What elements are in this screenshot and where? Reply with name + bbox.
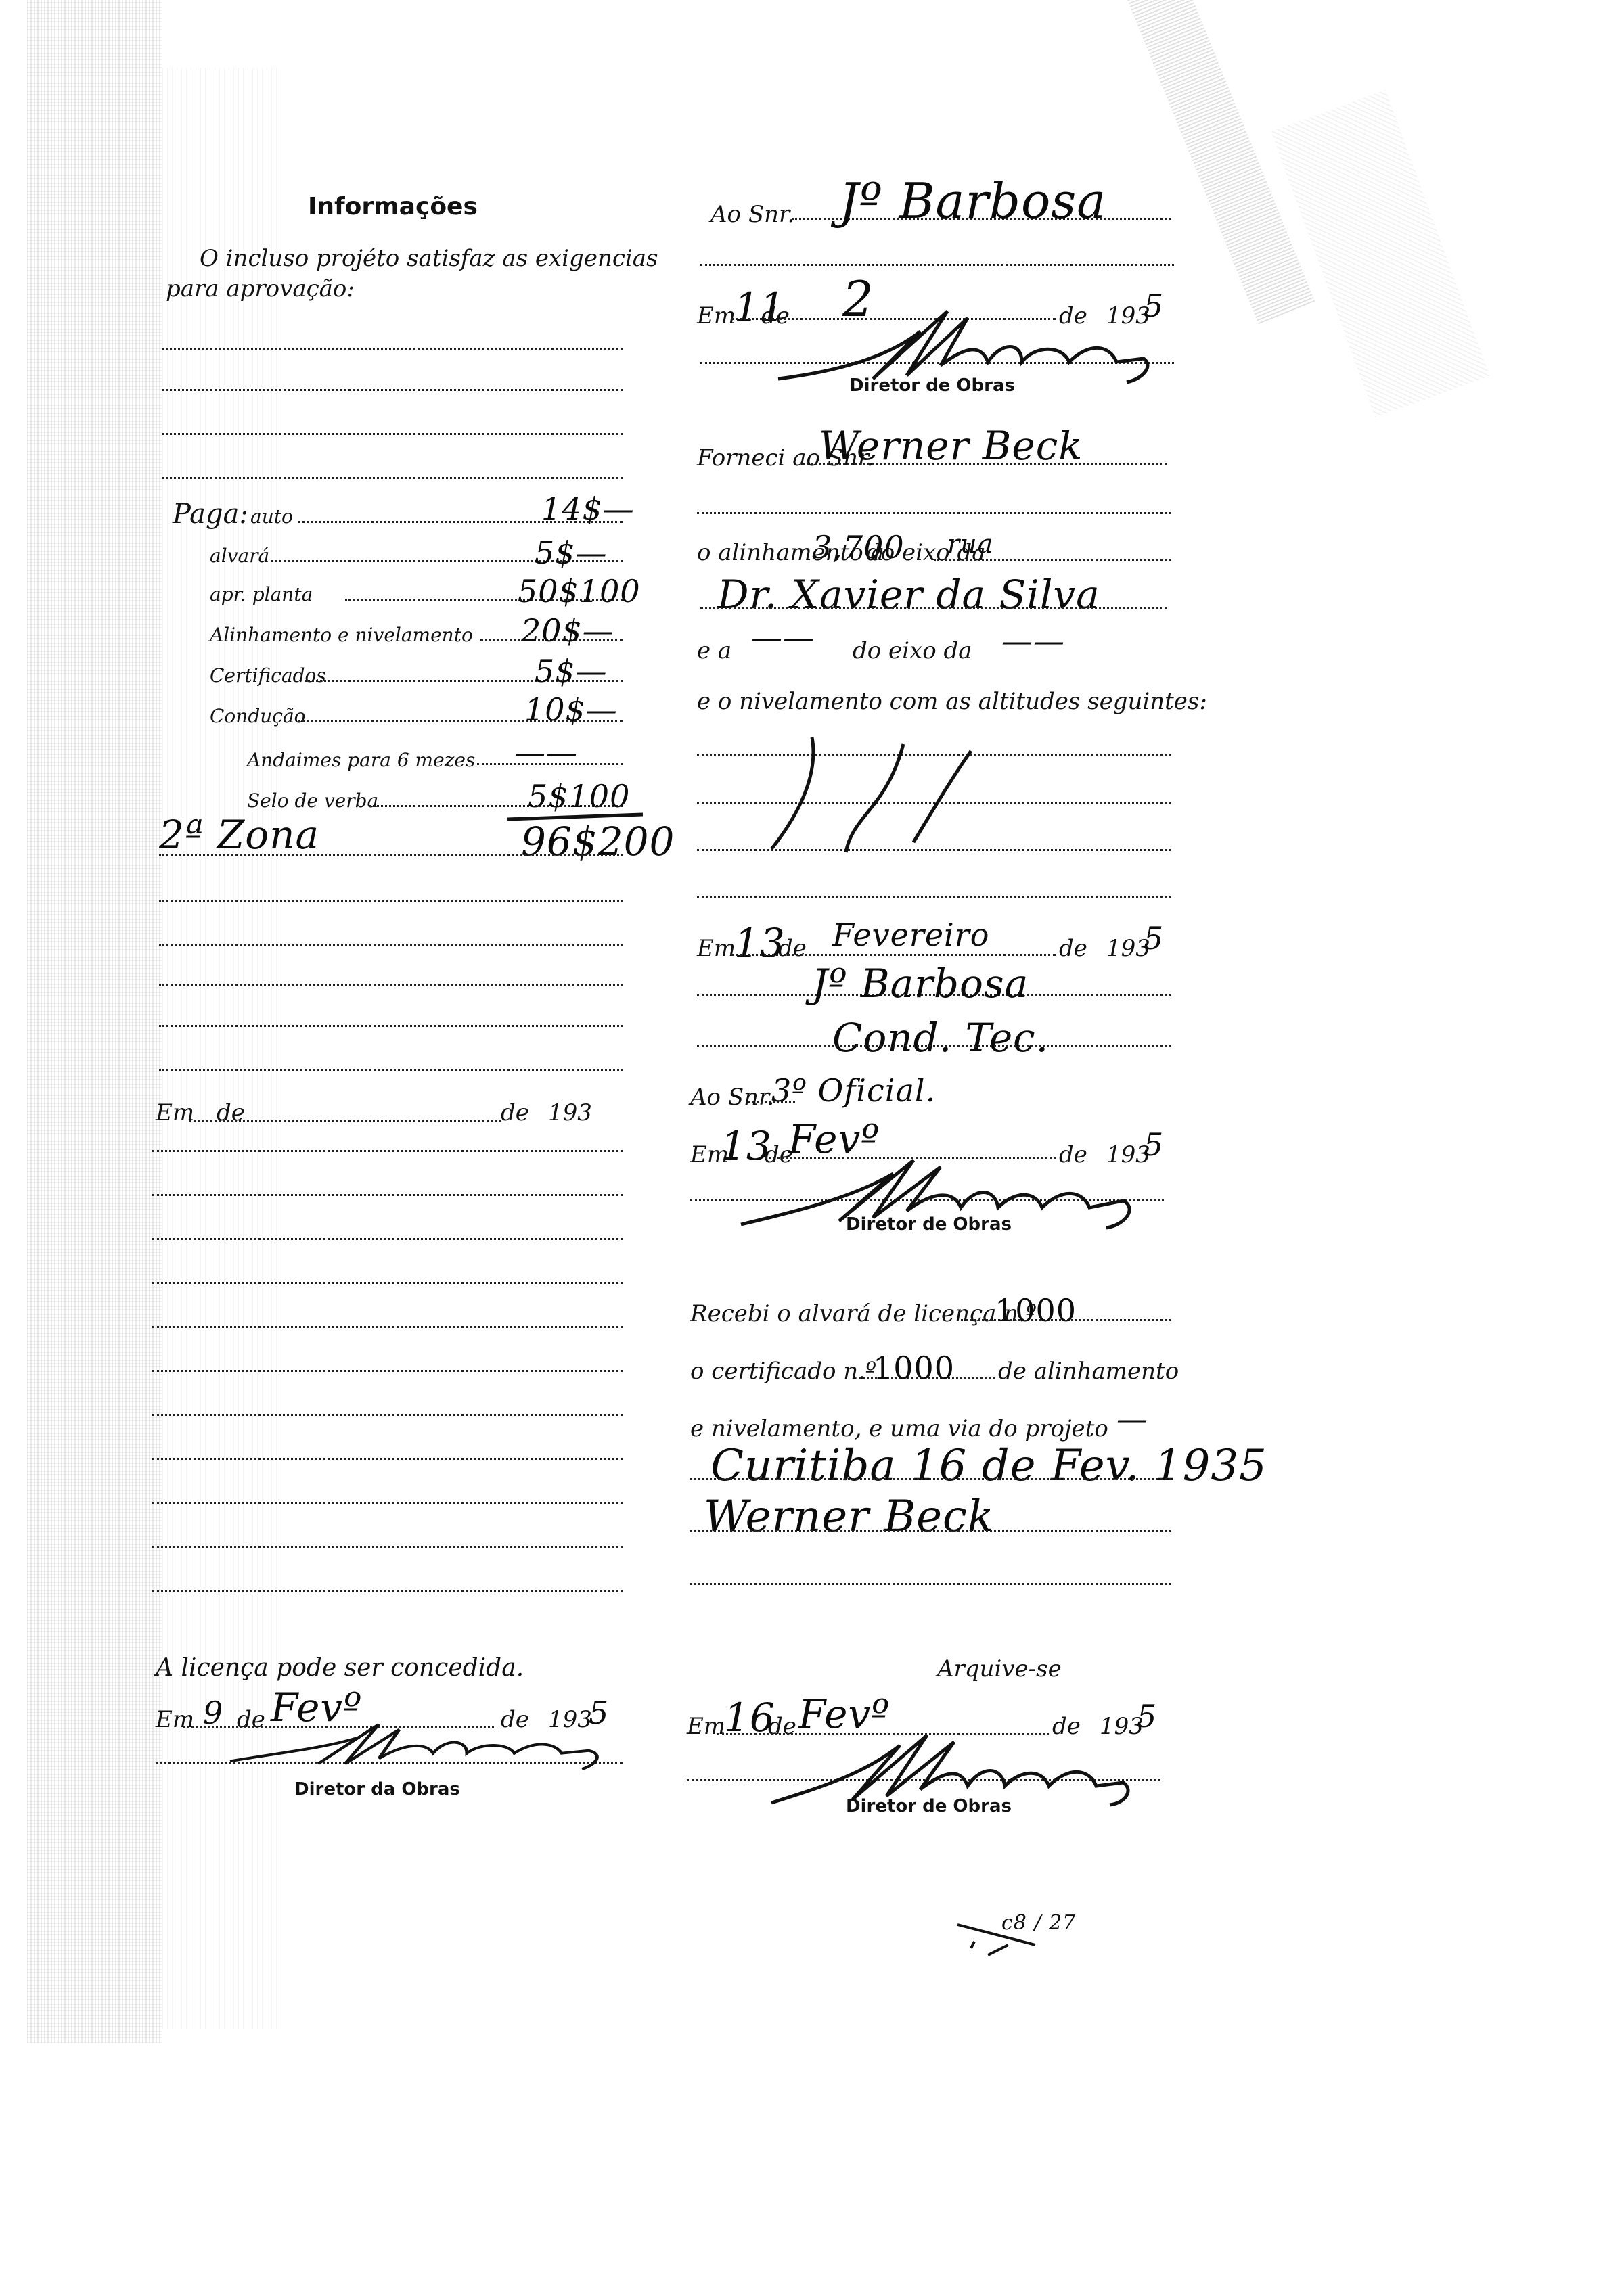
signature-line [690, 1530, 1171, 1532]
certificate-text-b: de alinhamento [998, 1360, 1179, 1383]
fee-label: alvará [210, 547, 269, 566]
blank-line [159, 944, 623, 946]
fee-label: apr. planta [210, 585, 313, 604]
project-fill: — [1116, 1400, 1148, 1437]
fee-value: 5$— [535, 534, 608, 571]
date-em: Em [697, 937, 736, 960]
blank-line [162, 477, 623, 479]
zone-note: 2ª Zona [159, 812, 319, 858]
blank-line [152, 1414, 623, 1416]
date-year-suffix: 5 [1144, 920, 1164, 957]
blank-line [159, 1025, 623, 1027]
street-prefix: rua [947, 529, 993, 559]
second-street: —— [1001, 622, 1065, 659]
street-dots [934, 559, 1171, 561]
blank-line [152, 1590, 623, 1592]
to-label: Ao Snr. [710, 203, 794, 226]
scan-noise-left [27, 0, 162, 2043]
second-a: e a [697, 639, 731, 662]
blank-line [162, 433, 623, 435]
blank-line [159, 984, 623, 986]
block5-signer-title: Diretor de Obras [846, 1796, 1012, 1816]
blank-line [697, 512, 1171, 514]
license-number: 1000 [995, 1292, 1077, 1329]
to-value-handwritten: Jº Barbosa [839, 173, 1106, 229]
date-dots [189, 1120, 501, 1122]
blank-line [152, 1458, 623, 1460]
arquive-se-heading: Arquive-se [937, 1657, 1062, 1680]
block2-signature: Jº Barbosa [812, 961, 1029, 1007]
blank-line [152, 1282, 623, 1284]
levels-slash-marks [758, 734, 974, 856]
blank-line [700, 607, 1167, 609]
certificate-text-a: o certificado n.º [690, 1360, 876, 1383]
certificate-number: 1000 [873, 1350, 955, 1386]
blank-line [152, 1370, 623, 1372]
fees-label: Paga: [173, 501, 248, 528]
block2-signer-title: Cond. Tec. [832, 1015, 1049, 1061]
project-text: e nivelamento, e uma via do projeto [690, 1417, 1108, 1440]
blank-line [152, 1502, 623, 1504]
blank-line [152, 1238, 623, 1240]
license-text: Recebi o alvará de licença n.º [690, 1302, 1037, 1325]
fee-value: 14$— [541, 490, 635, 527]
approval-signature [223, 1722, 616, 1769]
block1-signature [765, 304, 1157, 386]
blank-line [159, 854, 623, 856]
fee-value: —— [514, 734, 578, 771]
approval-text: A licença pode ser concedida. [156, 1656, 524, 1680]
fee-value: 5$100 [528, 778, 630, 814]
block1-signer-title: Diretor de Obras [849, 375, 1015, 396]
blank-line [162, 389, 623, 391]
fees-total: 96$200 [521, 819, 675, 865]
received-signature: Werner Beck [704, 1492, 995, 1542]
date-month: Fevº [788, 1116, 880, 1162]
approval-signer-title: Diretor da Obras [294, 1779, 460, 1799]
date-de2: de [501, 1101, 529, 1124]
blank-line [152, 1194, 623, 1196]
fee-label: Alinhamento e nivelamento [210, 626, 473, 645]
blank-line [690, 1478, 1171, 1480]
date-de1: de [778, 937, 807, 960]
blank-line [152, 1150, 623, 1152]
margin-note: c8 / 27 [1001, 1911, 1076, 1935]
levels-text: e o nivelamento com as altitudes seguint… [697, 690, 1207, 713]
intro-text-line1: O incluso projéto satisfaz as exigencias [200, 247, 658, 270]
to-label: Ao Snr. [690, 1086, 774, 1109]
fee-label: Condução [210, 707, 306, 726]
block3-signer-title: Diretor de Obras [846, 1214, 1012, 1235]
fee-value: 5$— [535, 653, 608, 689]
fee-label: Certificados [210, 666, 326, 685]
fee-label: Andaimes para 6 mezes [247, 751, 475, 770]
date-year-prefix: 193 [548, 1101, 592, 1124]
received-date-handwritten: Curitiba 16 de Fev. 1935 [710, 1441, 1267, 1491]
date-month: Fevereiro [832, 917, 989, 953]
date-day: 9 [203, 1695, 223, 1731]
date-dots [731, 954, 1056, 956]
scan-noise-right [1271, 90, 1489, 417]
to-value: 3º Oficial. [771, 1072, 936, 1109]
supplied-value-handwritten: Werner Beck [819, 423, 1083, 469]
blank-line [700, 264, 1174, 266]
blank-line [152, 1326, 623, 1328]
fee-value: 20$— [521, 612, 614, 649]
blank-line [690, 1583, 1171, 1585]
fee-label: auto [250, 507, 293, 526]
blank-line [159, 1069, 623, 1071]
date-em: Em [156, 1101, 194, 1124]
intro-text-line2: para aprovação: [166, 277, 355, 300]
fee-value: 10$— [524, 691, 618, 728]
blank-line [162, 348, 623, 350]
second-distance: —— [751, 619, 815, 656]
blank-line [159, 900, 623, 902]
street-name-handwritten: Dr. Xavier da Silva [717, 572, 1100, 618]
date-month: Fevº [798, 1691, 890, 1737]
signature-line [697, 1045, 1171, 1047]
second-b: do eixo da [853, 639, 972, 662]
fee-value: 50$100 [518, 573, 641, 610]
fee-label: Selo de verba [247, 791, 378, 810]
blank-line [697, 896, 1171, 898]
block5-signature [765, 1732, 1144, 1806]
informacoes-title: Informações [308, 193, 478, 221]
date-de2: de [1059, 937, 1087, 960]
scanned-form-page: Informações O incluso projéto satisfaz a… [0, 0, 1624, 2296]
blank-line [152, 1546, 623, 1548]
date-em: Em [697, 304, 736, 327]
date-year-suffix: 5 [1137, 1698, 1157, 1735]
